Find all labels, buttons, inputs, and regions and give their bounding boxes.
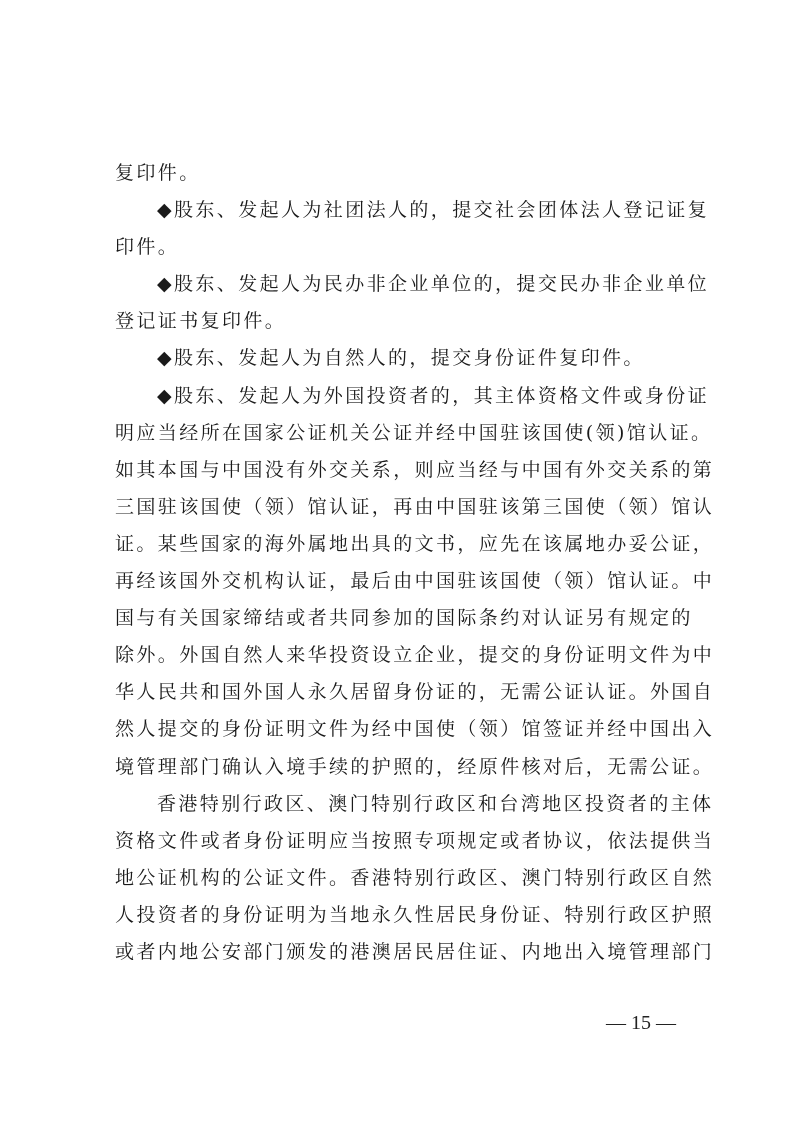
text-line: 明应当经所在国家公证机关公证并经中国驻该国使(领)馆认证。	[115, 415, 677, 452]
text-line: 证。某些国家的海外属地出具的文书，应先在该属地办妥公证，	[115, 526, 677, 563]
bullet-line: ◆股东、发起人为自然人的，提交身份证件复印件。	[115, 340, 677, 377]
page-number: — 15 —	[596, 1012, 686, 1035]
text-line: 登记证书复印件。	[115, 303, 677, 340]
text-line: 除外。外国自然人来华投资设立企业，提交的身份证明文件为中	[115, 637, 677, 674]
text-line: 或者内地公安部门颁发的港澳居民居住证、内地出入境管理部门	[115, 934, 677, 971]
text-line: 复印件。	[115, 155, 677, 192]
text-line: 人投资者的身份证明为当地永久性居民身份证、特别行政区护照	[115, 897, 677, 934]
bullet-line: ◆股东、发起人为外国投资者的，其主体资格文件或身份证	[115, 378, 677, 415]
text-line: 国与有关国家缔结或者共同参加的国际条约对认证另有规定的	[115, 600, 677, 637]
bullet-line: ◆股东、发起人为民办非企业单位的，提交民办非企业单位	[115, 266, 677, 303]
text-line: 华人民共和国外国人永久居留身份证的，无需公证认证。外国自	[115, 674, 677, 711]
text-line: 然人提交的身份证明文件为经中国使（领）馆签证并经中国出入	[115, 711, 677, 748]
text-line: 再经该国外交机构认证，最后由中国驻该国使（领）馆认证。中	[115, 563, 677, 600]
text-line: 印件。	[115, 229, 677, 266]
text-line: 三国驻该国使（领）馆认证，再由中国驻该第三国使（领）馆认	[115, 489, 677, 526]
text-line: 境管理部门确认入境手续的护照的，经原件核对后，无需公证。	[115, 749, 677, 786]
text-line: 地公证机构的公证文件。香港特别行政区、澳门特别行政区自然	[115, 860, 677, 897]
text-line: 资格文件或者身份证明应当按照专项规定或者协议，依法提供当	[115, 823, 677, 860]
bullet-line: ◆股东、发起人为社团法人的，提交社会团体法人登记证复	[115, 192, 677, 229]
paragraph-first-line: 香港特别行政区、澳门特别行政区和台湾地区投资者的主体	[115, 786, 677, 823]
document-page: 复印件。 ◆股东、发起人为社团法人的，提交社会团体法人登记证复 印件。 ◆股东、…	[115, 155, 677, 971]
text-line: 如其本国与中国没有外交关系，则应当经与中国有外交关系的第	[115, 452, 677, 489]
